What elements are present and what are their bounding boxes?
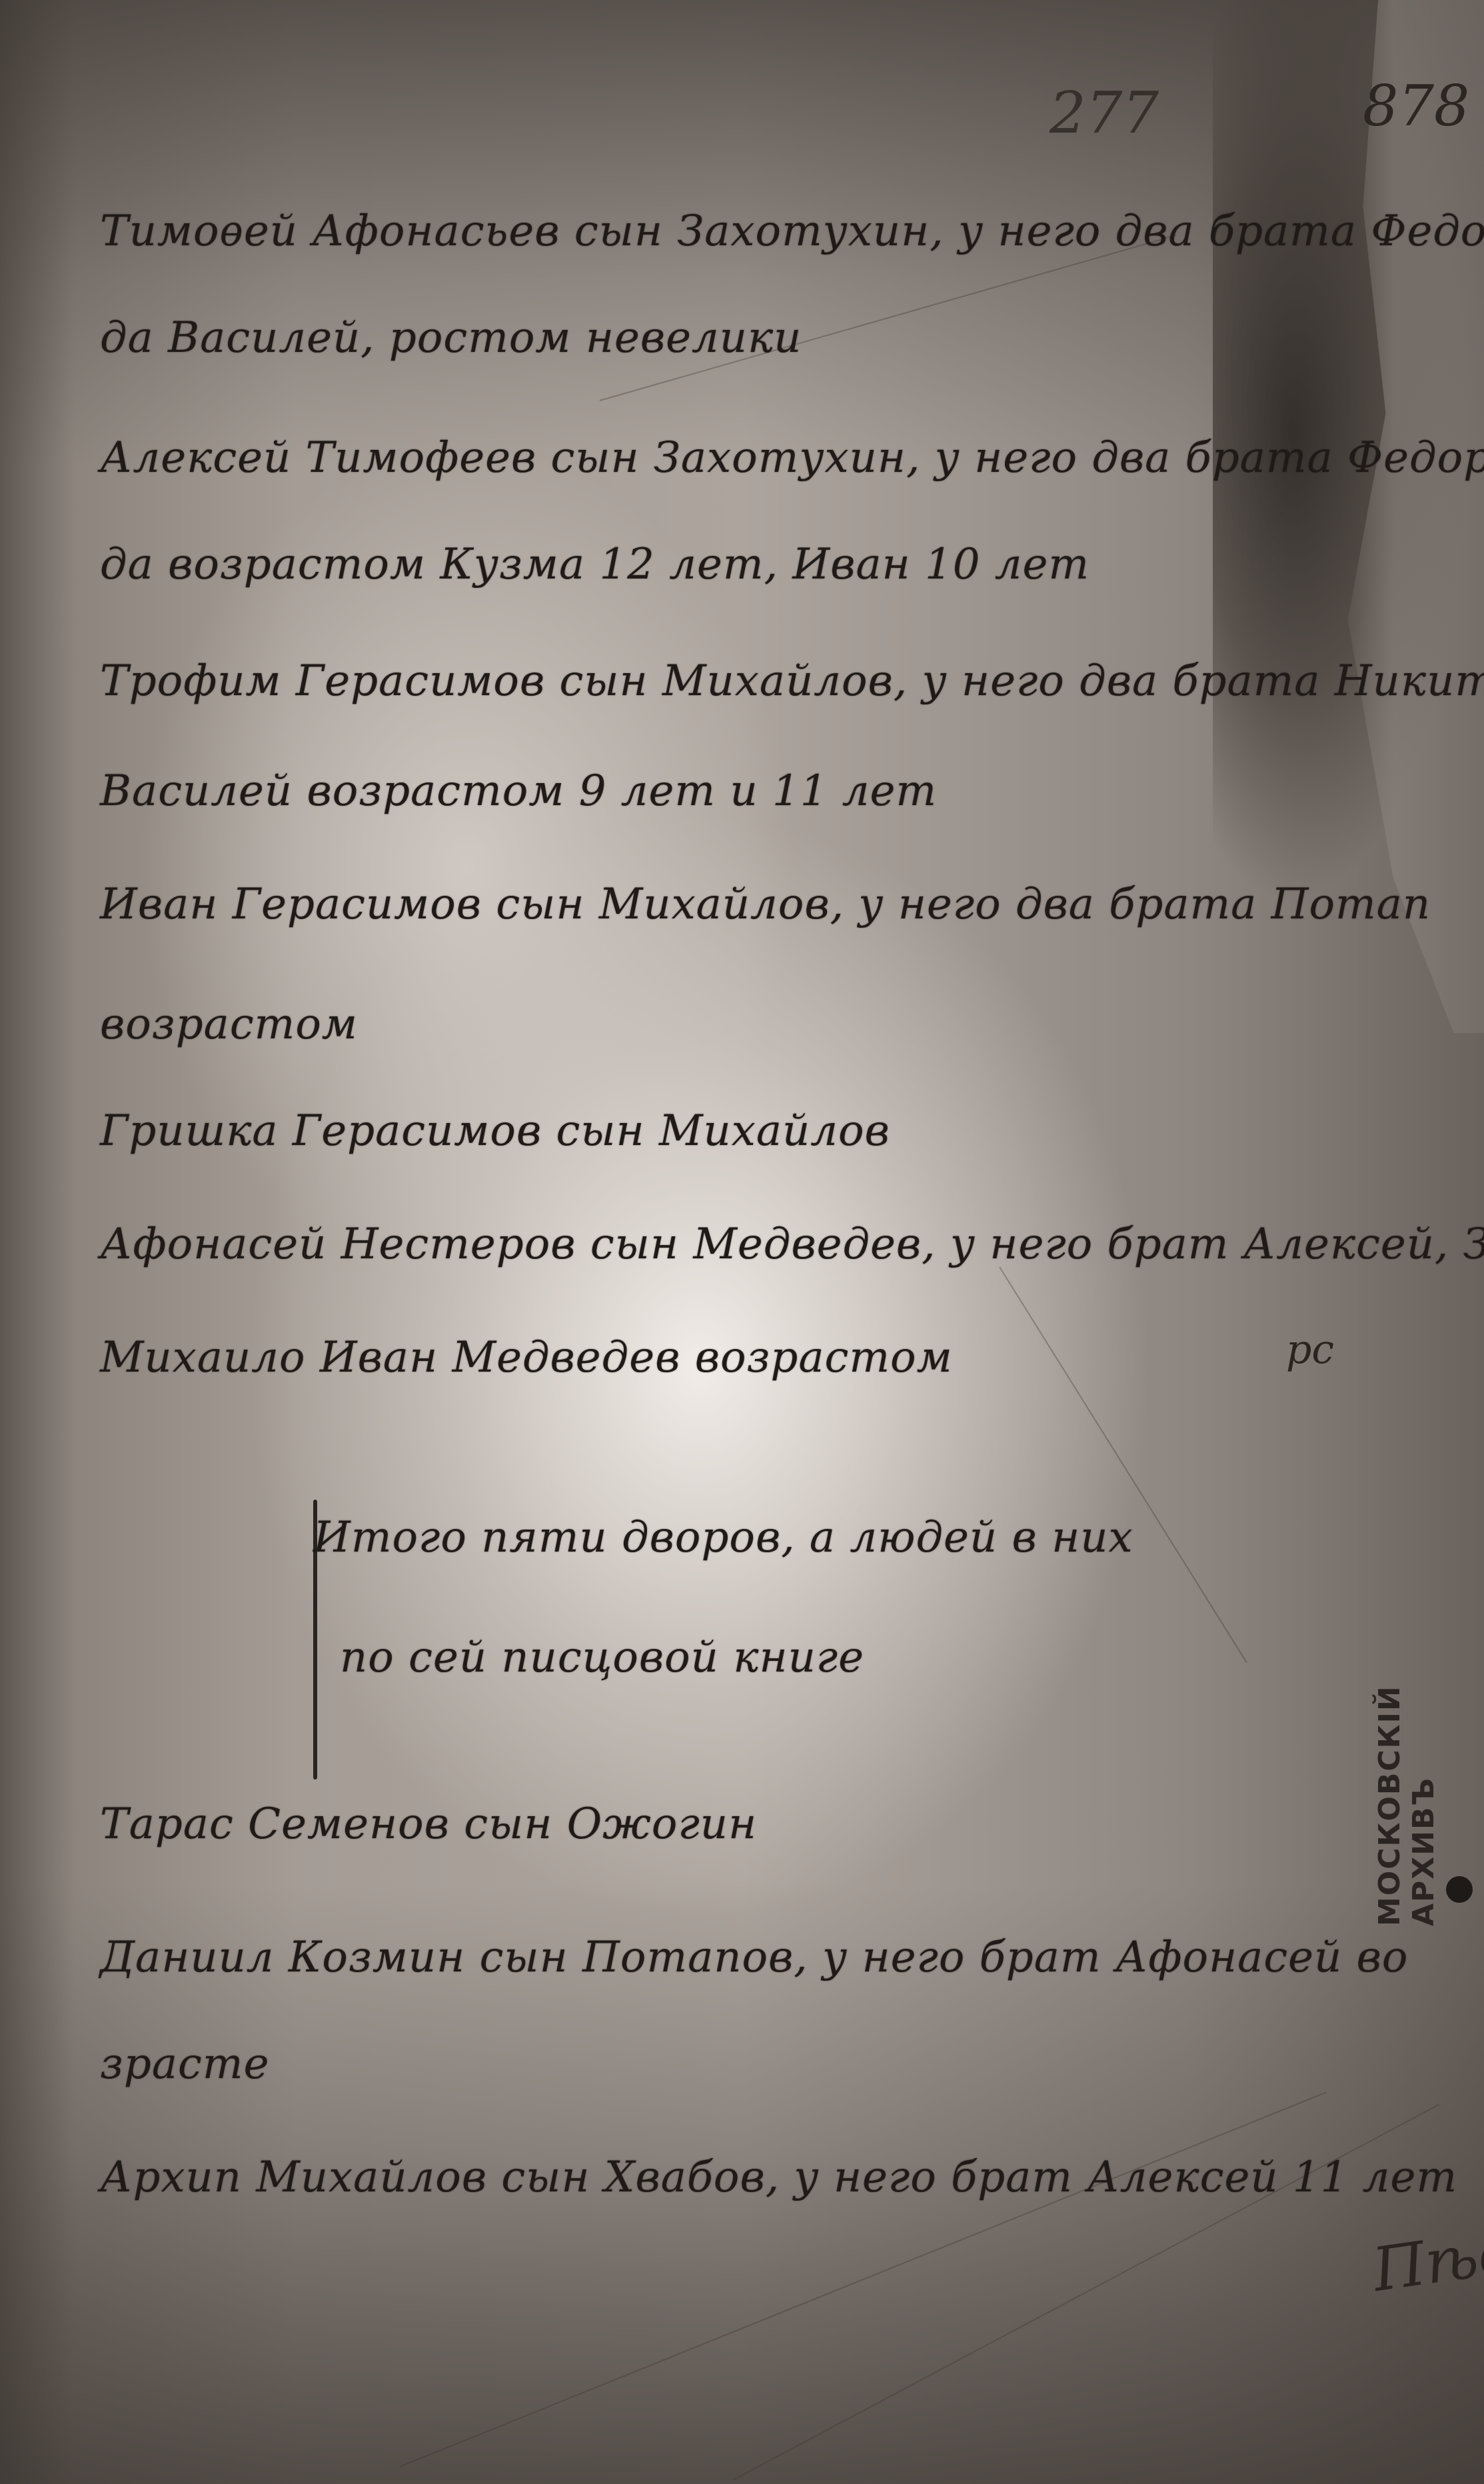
text-line-7: Иван Герасимов сын Михайлов, у него два … (100, 880, 1431, 929)
text-line-13: Даниил Козмин сын Потапов, у него брат А… (100, 1933, 1408, 1982)
text-line-15: Архип Михайлов сын Хвабов, у него брат А… (100, 2153, 1457, 2202)
text-line-5: Трофим Герасимов сын Михайлов, у него дв… (100, 656, 1484, 706)
text-line-2: да Василей, ростом невелики (100, 313, 802, 363)
crease-line (999, 1266, 1247, 1663)
text-line-3: Алексей Тимофеев сын Захотухин, у него д… (100, 433, 1484, 483)
manuscript-page: 277 878 Тимоѳей Афонасьев сын Захотухин,… (0, 0, 1484, 2484)
summary-line-1: Итого пяти дворов, а людей в них (313, 1513, 1133, 1562)
text-line-14: зрасте (100, 2039, 269, 2089)
folio-number-old: 277 (1050, 80, 1159, 147)
ink-blot (1446, 1876, 1473, 1903)
summary-line-2: по сей писцовой книге (340, 1633, 864, 1682)
text-line-1: Тимоѳей Афонасьев сын Захотухин, у него … (100, 207, 1484, 256)
text-line-4: да возрастом Кузма 12 лет, Иван 10 лет (100, 540, 1090, 589)
text-line-11: Михаило Иван Медведев возрастом (100, 1333, 953, 1382)
text-line-8: возрастом (100, 1000, 358, 1049)
margin-note-rs: рс (1286, 1326, 1334, 1373)
text-line-9: Гришка Герасимов сын Михайлов (100, 1106, 890, 1156)
archive-stamp: МОСКОВСКІЙ АРХИВЪ (1373, 1633, 1419, 1926)
folio-number-new: 878 (1363, 73, 1469, 139)
text-line-6: Василей возрастом 9 лет и 11 лет (100, 766, 937, 816)
text-line-12: Тарас Семенов сын Ожогин (100, 1800, 757, 1849)
text-line-10: Афонасей Нестеров сын Медведев, у него б… (100, 1220, 1484, 1269)
